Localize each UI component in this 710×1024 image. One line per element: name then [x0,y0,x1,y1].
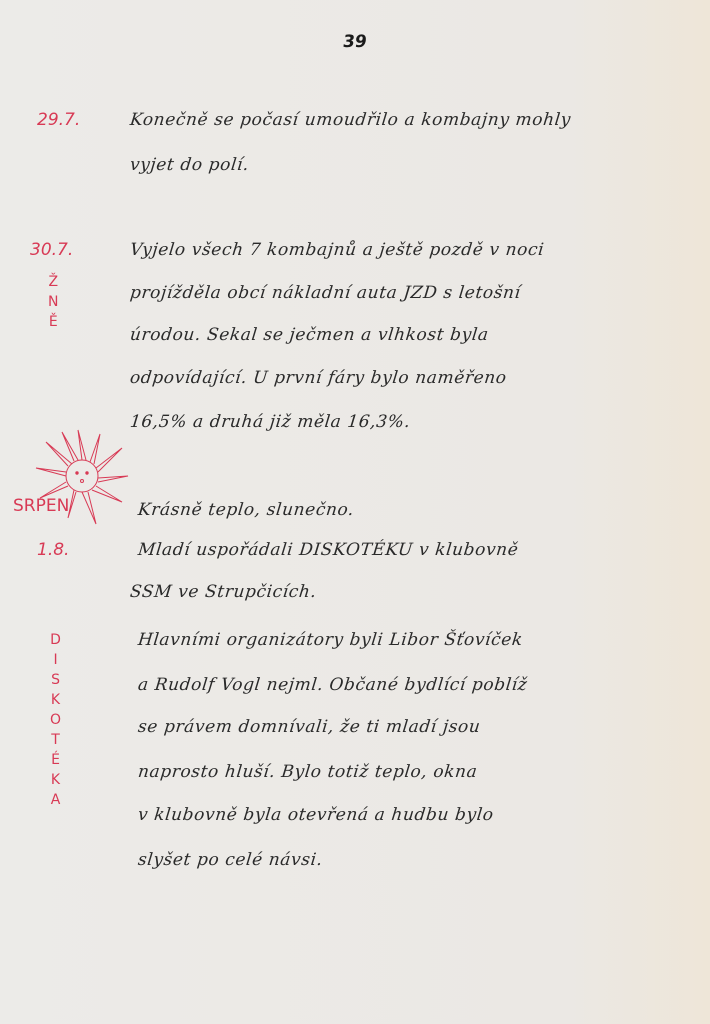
entry-line: naprosto hluší. Bylo totiž teplo, okna [137,762,478,782]
margin-letter: É [51,750,60,770]
margin-letter: K [51,770,60,790]
margin-letter: T [51,730,60,750]
entry-line: Mladí uspořádali DISKOTÉKU v klubovně [137,540,520,560]
margin-letter: S [51,670,60,690]
entry-line: a Rudolf Vogl nejml. Občané bydlící pobl… [137,675,528,695]
entry-line: projížděla obcí nákladní auta JZD s leto… [129,283,522,303]
entry-date: 30.7. [30,240,73,260]
margin-letter: N [48,292,58,312]
entry-line: slyšet po celé návsi. [137,850,324,870]
entry-line: Vyjelo všech 7 kombajnů a ještě pozdě v … [129,240,545,260]
margin-letter: I [53,650,57,670]
entry-date: 29.7. [37,110,80,130]
entry-line: SSM ve Strupčicích. [129,582,318,602]
margin-note-zne: Ž N Ě [48,272,58,332]
entry-line: se právem domnívali, že ti mladí jsou [137,717,482,737]
entry-line: úrodou. Sekal se ječmen a vlhkost byla [129,325,490,345]
margin-letter: K [51,690,60,710]
page-number: 39 [342,32,368,52]
entry-line: 16,5% a druhá již měla 16,3%. [129,412,412,432]
entry-line: v klubovně byla otevřená a hudbu bylo [137,805,495,825]
entry-line: Konečně se počasí umoudřilo a kombajny m… [129,110,572,130]
entry-line: Hlavními organizátory byli Libor Šťovíče… [137,630,524,650]
margin-letter: O [50,710,61,730]
entry-line: vyjet do polí. [129,155,250,175]
entry-line: Krásně teplo, slunečno. [137,500,355,520]
margin-letter: A [51,790,61,810]
margin-letter: Ě [49,312,58,332]
margin-note-diskoteka: D I S K O T É K A [50,630,61,810]
margin-label-month: SRPEN [13,496,69,516]
entry-date: 1.8. [37,540,69,560]
margin-letter: Ž [48,272,58,292]
entry-line: odpovídající. U první fáry bylo naměřeno [129,368,508,388]
chronicle-page: 39 29.7. Konečně se počasí umoudřilo a k… [0,0,710,1024]
margin-letter: D [50,630,61,650]
